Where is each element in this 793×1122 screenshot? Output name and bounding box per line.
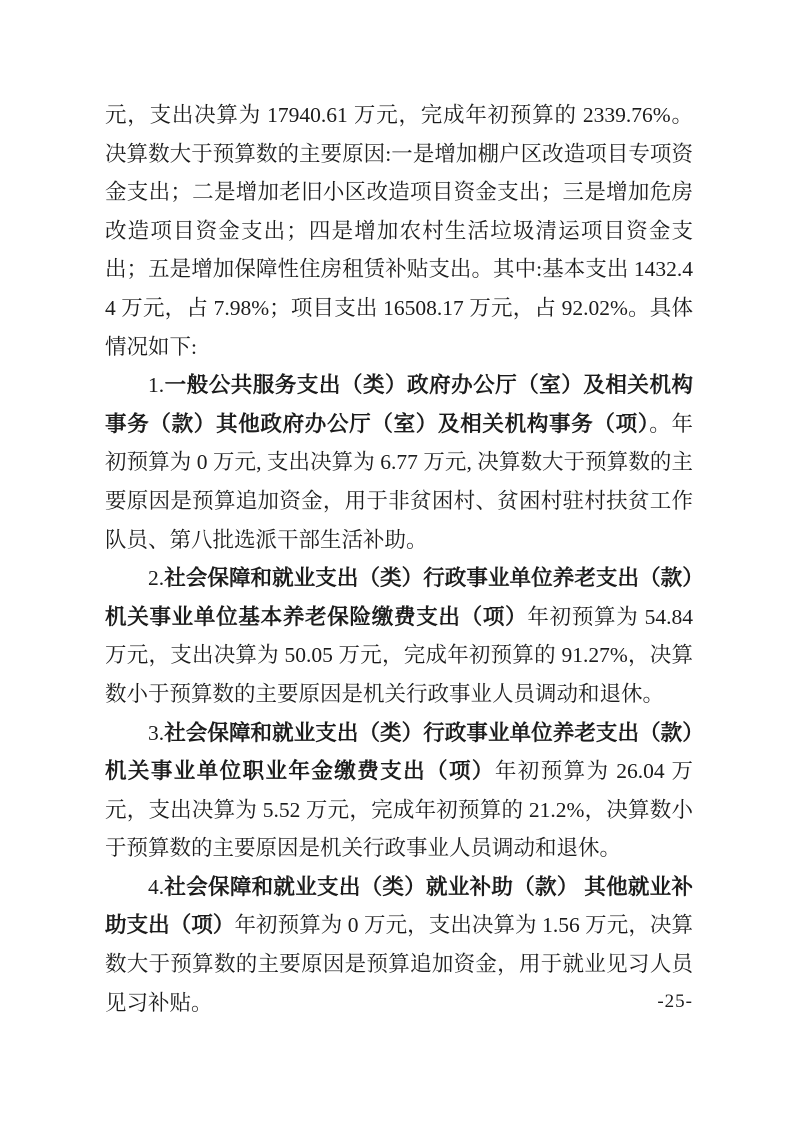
document-page: 元，支出决算为 17940.61 万元，完成年初预算的 2339.76%。决算数… [0, 0, 793, 1122]
body-text: 元，支出决算为 17940.61 万元，完成年初预算的 2339.76%。决算数… [105, 103, 693, 359]
paragraph-item-1: 1.一般公共服务支出（类）政府办公厅（室）及相关机构事务（款）其他政府办公厅（室… [105, 366, 693, 559]
budget-item-title: 一般公共服务支出（类）政府办公厅（室）及相关机构事务（款）其他政府办公厅（室）及… [105, 373, 693, 436]
item-number: 2. [148, 566, 164, 590]
item-number: 1. [148, 373, 164, 397]
item-number: 3. [148, 721, 164, 745]
item-number: 4. [148, 875, 164, 899]
paragraph-item-2: 2.社会保障和就业支出（类）行政事业单位养老支出（款）机关事业单位基本养老保险缴… [105, 559, 693, 713]
page-number: -25- [657, 990, 693, 1014]
document-body: 元，支出决算为 17940.61 万元，完成年初预算的 2339.76%。决算数… [105, 96, 693, 1022]
paragraph-continuation: 元，支出决算为 17940.61 万元，完成年初预算的 2339.76%。决算数… [105, 96, 693, 366]
paragraph-item-3: 3.社会保障和就业支出（类）行政事业单位养老支出（款）机关事业单位职业年金缴费支… [105, 714, 693, 868]
paragraph-item-4: 4.社会保障和就业支出（类）就业补助（款） 其他就业补助支出（项）年初预算为 0… [105, 868, 693, 1022]
